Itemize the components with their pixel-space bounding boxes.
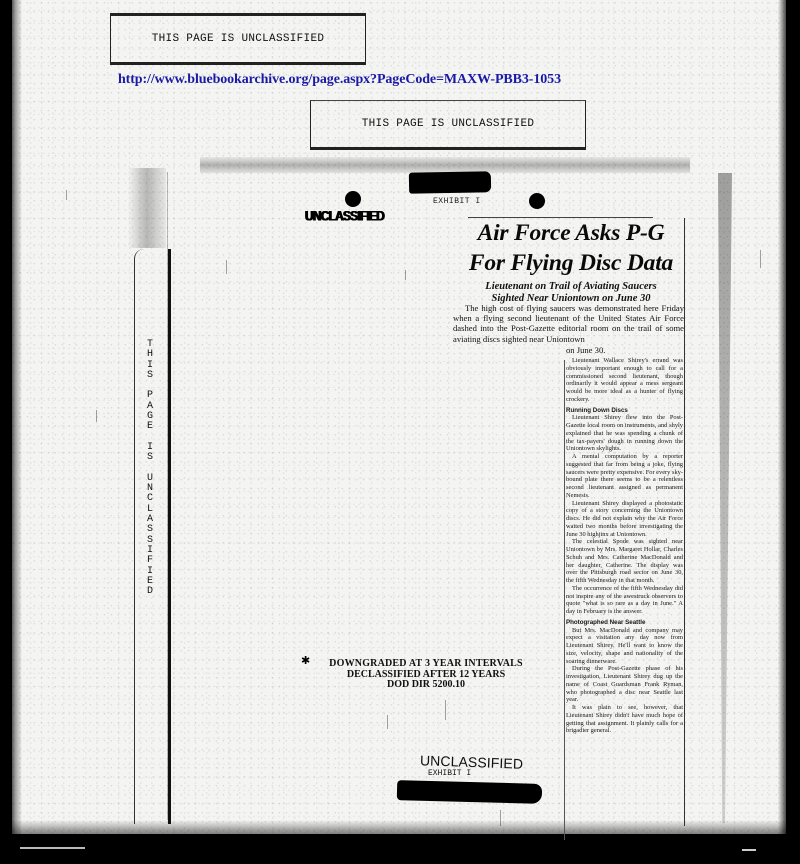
scan-scratch [760, 250, 761, 268]
scan-scratch [387, 715, 388, 729]
clipping-paragraph: During the Post-Gazette phase of his inv… [566, 665, 683, 704]
headline-line-2: For Flying Disc Data [456, 248, 686, 278]
redaction-bar-bottom [397, 780, 542, 804]
downgrade-line-3: DOD DIR 5200.10 [316, 680, 536, 691]
redaction-bar-top [409, 171, 491, 193]
headline-line-1: Air Force Asks P-G [456, 218, 686, 248]
source-archive-link[interactable]: http://www.bluebookarchive.org/page.aspx… [118, 72, 561, 88]
scan-edge-bottom [0, 834, 800, 864]
clipping-headline: Air Force Asks P-G For Flying Disc Data [456, 218, 686, 278]
scan-scratch [405, 270, 406, 280]
asterisk-mark: ✱ [301, 654, 310, 667]
page-shadow-top [200, 157, 690, 173]
scan-scratch [96, 410, 97, 422]
clipping-paragraph: A mental computation by a reporter sugge… [566, 453, 683, 500]
clipping-subheadline: Lieutenant on Trail of Aviating Saucers … [456, 281, 686, 305]
subheadline-line-1: Lieutenant on Trail of Aviating Saucers [456, 281, 686, 293]
column-rule [564, 360, 565, 840]
clipping-subhead: Running Down Discs [566, 407, 683, 415]
scan-scratch [445, 700, 446, 720]
scan-scratch [66, 190, 67, 200]
clipping-lede-end: on June 30. [566, 345, 605, 355]
footer-mark [20, 847, 85, 849]
clipping-paragraph: But Mrs. MacDonald and company may expec… [566, 627, 683, 666]
unclassified-stamp-top: UNCLASSIFIED [305, 208, 384, 224]
scan-edge-right [786, 0, 800, 864]
downgrade-stamp: DOWNGRADED AT 3 YEAR INTERVALS DECLASSIF… [316, 659, 536, 691]
unclassified-banner-second-text: THIS PAGE IS UNCLASSIFIED [362, 118, 535, 130]
punch-hole-left [345, 191, 361, 207]
side-unclassified-text: T H I S P A G E I S U N C L A S S I F I … [140, 340, 160, 597]
unclassified-banner-top: THIS PAGE IS UNCLASSIFIED [110, 13, 366, 65]
punch-hole-right [529, 193, 545, 209]
footer-mark-right [742, 849, 756, 851]
clipping-body-column: Lieutenant Wallace Shirey's errand was o… [566, 357, 683, 735]
scan-scratch [226, 260, 227, 274]
clipping-paragraph: The celestial Spode was sighted near Uni… [566, 538, 683, 585]
clipping-paragraph: It was plain to see, however, that Lieut… [566, 704, 683, 735]
clipping-paragraph: Lieutenant Shirey displayed a photostati… [566, 500, 683, 539]
clipping-paragraph: The occurrence of the fifth Wednesday di… [566, 585, 683, 616]
clipping-paragraph: Lieutenant Shirey flew into the Post-Gaz… [566, 414, 683, 453]
scan-edge-right-shadow [778, 0, 786, 836]
clipping-lede: The high cost of flying saucers was demo… [453, 303, 684, 344]
scan-edge-left [0, 0, 22, 836]
unclassified-banner-top-text: THIS PAGE IS UNCLASSIFIED [152, 33, 325, 45]
clipping-subhead: Photographed Near Seattle [566, 619, 683, 627]
clipping-paragraph: Lieutenant Wallace Shirey's errand was o… [566, 357, 683, 404]
unclassified-banner-second: THIS PAGE IS UNCLASSIFIED [310, 100, 586, 150]
scan-scratch [500, 810, 501, 826]
downgrade-line-1: DOWNGRADED AT 3 YEAR INTERVALS [316, 659, 536, 670]
exhibit-label-bottom: EXHIBIT I [428, 769, 471, 778]
exhibit-label-top: EXHIBIT I [433, 197, 481, 206]
page-shadow-left [128, 168, 166, 248]
